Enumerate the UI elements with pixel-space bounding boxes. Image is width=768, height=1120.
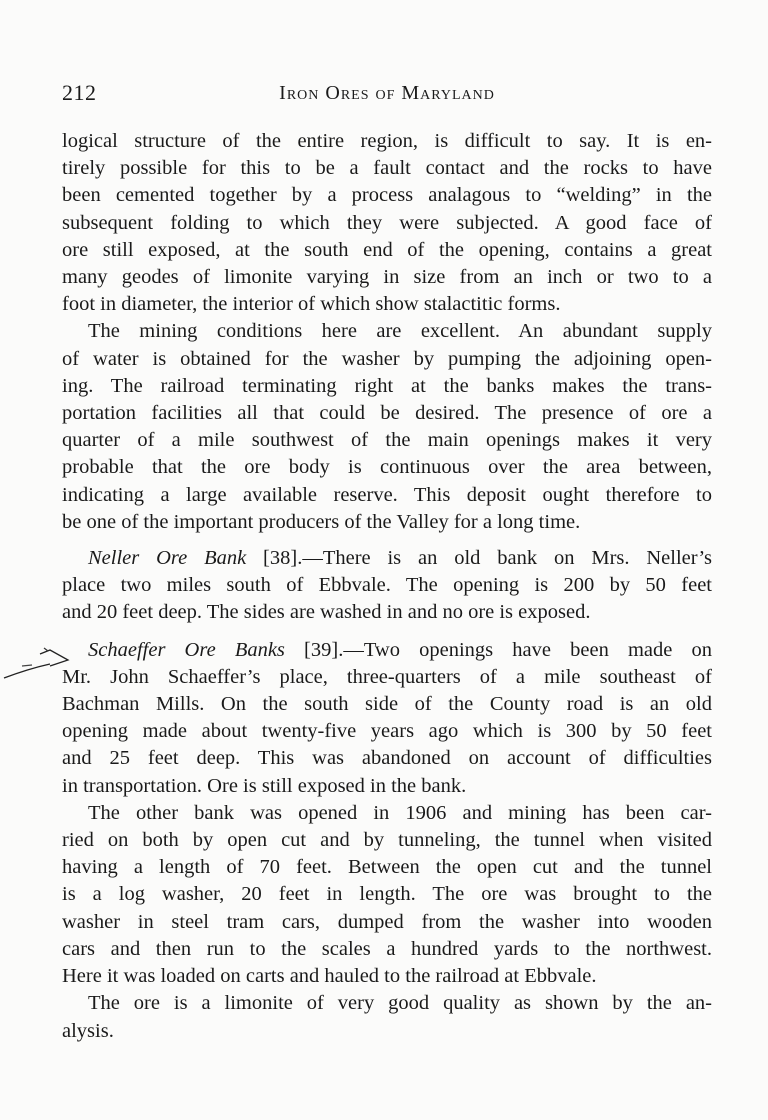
text-line: ore still exposed, at the south end of t… [62,237,712,264]
text-line: been cemented together by a process anal… [62,182,712,209]
text-line: Mr. John Schaeffer’s place, three-quarte… [62,664,712,691]
text-line: Bachman Mills. On the south side of the … [62,691,712,718]
text-line: quarter of a mile southwest of the main … [62,427,712,454]
text-line: washer in steel tram cars, dumped from t… [62,909,712,936]
page-header: 212 Iron Ores of Maryland [62,80,712,108]
text-line: of water is obtained for the washer by p… [62,346,712,373]
text-line: ing. The railroad terminating right at t… [62,373,712,400]
section-title-neller-ore-bank: Neller Ore Bank [88,547,246,569]
paragraph-neller-ore-bank: Neller Ore Bank [38].—There is an old ba… [62,545,712,627]
text-line: in transportation. Ore is still exposed … [62,773,712,800]
paragraph-other-bank: The other bank was opened in 1906 and mi… [62,800,712,990]
section-ref: [39].—Two openings have been made on [285,639,712,661]
text-line: indicating a large available reserve. Th… [62,482,712,509]
text-line: and 25 feet deep. This was abandoned on … [62,745,712,772]
section-title-schaeffer-ore-banks: Schaeffer Ore Banks [88,639,285,661]
book-page: 212 Iron Ores of Maryland logical struct… [0,0,768,1120]
text-line: tirely possible for this to be a fault c… [62,155,712,182]
text-line: The mining conditions here are excellent… [62,318,712,345]
text-line: portation facilities all that could be d… [62,400,712,427]
text-line: subsequent folding to which they were su… [62,210,712,237]
text-line: logical structure of the entire region, … [62,128,712,155]
text-line: Here it was loaded on carts and hauled t… [62,963,712,990]
body-text: logical structure of the entire region, … [62,128,712,1045]
text-line: many geodes of limonite varying in size … [62,264,712,291]
text-line: is a log washer, 20 feet in length. The … [62,881,712,908]
running-head: Iron Ores of Maryland [62,82,712,105]
section-ref: [38].—There is an old bank on Mrs. Nelle… [246,547,712,569]
paragraph-continuation: logical structure of the entire region, … [62,128,712,318]
text-line: ried on both by open cut and by tunnelin… [62,827,712,854]
text-line: having a length of 70 feet. Between the … [62,854,712,881]
text-line: be one of the important producers of the… [62,509,712,536]
paragraph-schaeffer-ore-banks: Schaeffer Ore Banks [39].—Two openings h… [62,637,712,800]
text-line: opening made about twenty-five years ago… [62,718,712,745]
text-line: cars and then run to the scales a hundre… [62,936,712,963]
text-line: Neller Ore Bank [38].—There is an old ba… [62,545,712,572]
text-line: place two miles south of Ebbvale. The op… [62,572,712,599]
paragraph-mining-conditions: The mining conditions here are excellent… [62,318,712,536]
text-line: alysis. [62,1018,712,1045]
text-line: foot in diameter, the interior of which … [62,291,712,318]
text-line: and 20 feet deep. The sides are washed i… [62,599,712,626]
paragraph-ore-quality: The ore is a limonite of very good quali… [62,990,712,1044]
text-line: Schaeffer Ore Banks [39].—Two openings h… [62,637,712,664]
text-line: The ore is a limonite of very good quali… [62,990,712,1017]
text-line: probable that the ore body is continuous… [62,454,712,481]
text-line: The other bank was opened in 1906 and mi… [62,800,712,827]
